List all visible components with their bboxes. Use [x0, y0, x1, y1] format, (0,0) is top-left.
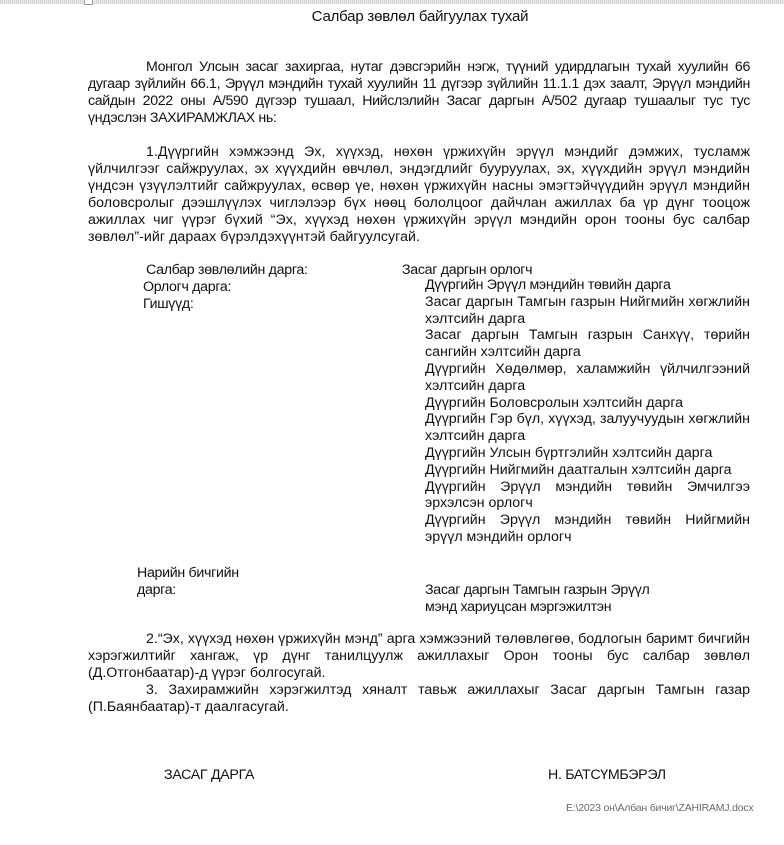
margin-corner-marker [84, 0, 93, 5]
secretary-label-line2: дарга: [137, 582, 176, 599]
member-item: Дүүргийн Нийгмийн даатгалын хэлтсийн дар… [425, 462, 750, 479]
signatory-position: ЗАСАГ ДАРГА [164, 767, 254, 783]
deputy-label: Орлогч дарга: [143, 279, 231, 296]
clause-3-paragraph: 3. Захирамжийн хэрэгжилтэд хяналт тавьж … [88, 682, 750, 716]
document-title: Салбар зөвлөл байгуулах тухай [0, 8, 784, 25]
secretary-value: Засаг даргын Тамгын газрын Эрүүл мэнд ха… [425, 582, 665, 616]
member-item: Дүүргийн Эрүүл мэндийн төвийн Эмчилгээ э… [425, 479, 750, 513]
member-item: Дүүргийн Улсын бүртгэлийн хэлтсийн дарга [425, 445, 750, 462]
member-item: Засаг даргын Тамгын газрын Санхүү, төрий… [425, 327, 750, 361]
council-members-list: Дүүргийн Эрүүл мэндийн төвийн дарга Заса… [425, 277, 750, 546]
member-item: Дүүргийн Хөдөлмөр, халамжийн үйлчилгээни… [425, 361, 750, 395]
member-item: Дүүргийн Боловсролын хэлтсийн дарга [425, 395, 750, 412]
member-item: Дүүргийн Эрүүл мэндийн төвийн дарга [425, 277, 750, 294]
members-label: Гишүүд: [143, 296, 194, 313]
clause-2-paragraph: 2.“Эх, хүүхэд нөхөн үржихүйн мэнд” арга … [88, 631, 750, 682]
clause-1-paragraph: 1.Дүүргийн хэмжээнд Эх, хүүхэд, нөхөн үр… [88, 144, 750, 246]
chair-label: Салбар зөвлөлийн дарга: [146, 262, 308, 279]
preamble-paragraph: Монгол Улсын засаг захиргаа, нутаг дэвсг… [88, 59, 750, 127]
member-item: Засаг даргын Тамгын газрын Нийгмийн хөгж… [425, 294, 750, 328]
file-path-footer: E:\2023 он\Албан бичиг\ZAHIRAMJ.docx [566, 802, 754, 814]
signatory-name: Н. БАТСҮМБЭРЭЛ [548, 767, 666, 783]
secretary-label-line1: Нарийн бичгийн [137, 565, 239, 582]
member-item: Дүүргийн Эрүүл мэндийн төвийн Нийгмийн э… [425, 512, 750, 546]
member-item: Дүүргийн Гэр бүл, хүүхэд, залуучуудын хө… [425, 411, 750, 445]
page-top-edge [0, 0, 784, 4]
